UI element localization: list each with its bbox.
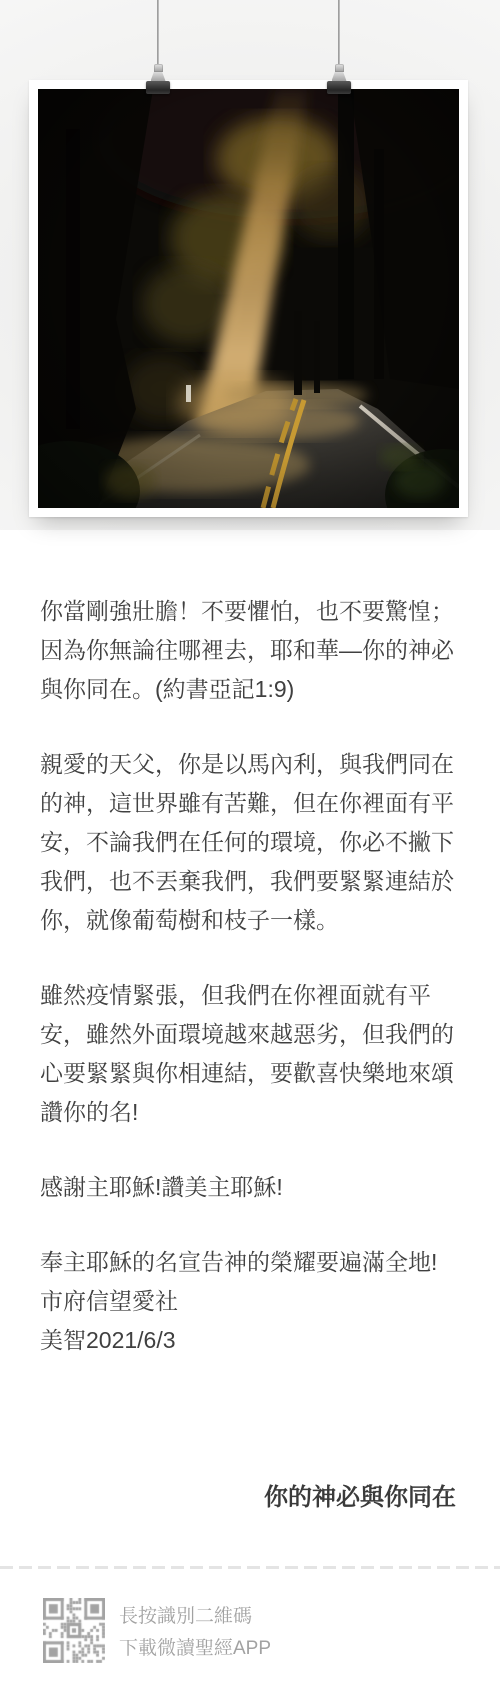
- clip-handle-icon: [335, 64, 344, 72]
- forest-road-photo[interactable]: [38, 89, 459, 508]
- paragraph-prayer-2: 雖然疫情緊張，但我們在你裡面就有平安，雖然外面環境越來越惡劣，但我們的心要緊緊與…: [40, 976, 456, 1132]
- binder-clip-right: [327, 64, 351, 94]
- clip-body: [327, 81, 351, 94]
- hanging-wire-right: [338, 0, 340, 66]
- qr-footer: 長按識別二維碼 下載微讀聖經APP: [43, 1598, 456, 1665]
- qr-hint-primary: 長按識別二維碼: [119, 1601, 271, 1633]
- article-body: 你當剛強壯膽！不要懼怕，也不要驚惶；因為你無論往哪裡去，耶和華—你的神必與你同在…: [0, 530, 500, 1665]
- dashed-divider: [0, 1566, 500, 1569]
- polaroid-frame: [29, 80, 468, 517]
- paragraph-closing: 奉主耶穌的名宣告神的榮耀要遍滿全地! 市府信望愛社 美智2021/6/3: [40, 1243, 456, 1360]
- clip-neck: [332, 72, 347, 81]
- photo-wall: [0, 0, 500, 530]
- qr-hint-text: 長按識別二維碼 下載微讀聖經APP: [119, 1601, 271, 1665]
- hanging-wire-left: [157, 0, 159, 66]
- clip-handle-icon: [154, 64, 163, 72]
- binder-clip-left: [146, 64, 170, 94]
- paragraph-verse: 你當剛強壯膽！不要懼怕，也不要驚惶；因為你無論往哪裡去，耶和華—你的神必與你同在…: [40, 592, 456, 709]
- article-page: 你當剛強壯膽！不要懼怕，也不要驚惶；因為你無論往哪裡去，耶和華—你的神必與你同在…: [0, 0, 500, 1694]
- qr-code[interactable]: [43, 1598, 105, 1663]
- clip-body: [146, 81, 170, 94]
- clip-neck: [151, 72, 166, 81]
- signature-line: 你的神必與你同在: [40, 1478, 456, 1517]
- paragraph-prayer-1: 親愛的天父，你是以馬內利，與我們同在的神，這世界雖有苦難，但在你裡面有平安，不論…: [40, 745, 456, 940]
- paragraph-thanks: 感謝主耶穌!讚美主耶穌!: [40, 1168, 456, 1207]
- qr-hint-secondary: 下載微讀聖經APP: [119, 1633, 271, 1665]
